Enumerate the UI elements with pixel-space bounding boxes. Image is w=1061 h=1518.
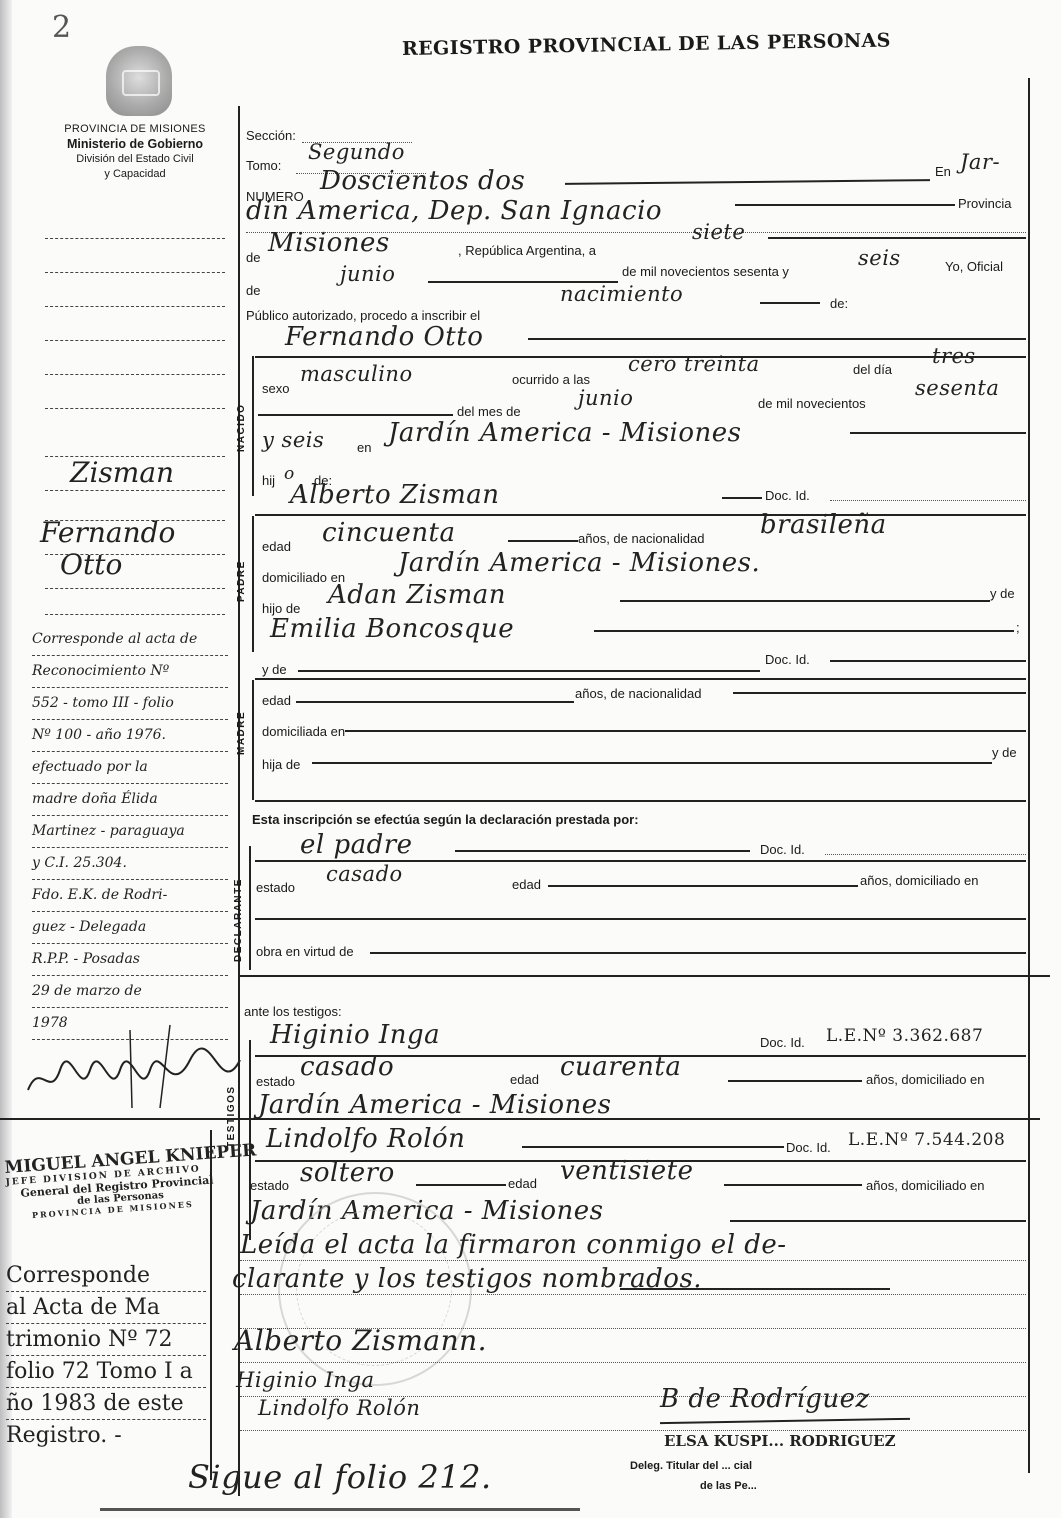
declarante-dom-label: años, domiciliado en [860,873,979,888]
margin-note1-line: 29 de marzo de [32,976,228,1008]
witness1-dom-value: Jardín America - Misiones [258,1090,611,1120]
official-stamp-sub: de las Pe... [700,1480,757,1492]
witness2-dom-fill [730,1220,1026,1222]
witness2-signature: Lindolfo Rolón [258,1396,420,1420]
year-label: de mil novecientos sesenta y [622,264,789,279]
anio-value2: y seis [262,428,324,452]
margin-rule [45,340,225,341]
closing-line1-dots [240,1260,1026,1261]
provincia-label: Provincia [958,196,1011,211]
official-signature-underline [660,1418,910,1424]
tomo-label: Tomo: [246,158,281,173]
mother-doc-label: Doc. Id. [765,652,810,667]
paternal-grandmother: Emilia Boncosque [270,614,514,644]
nacido-section-label: NACIDO [236,404,247,452]
declarante-intro: Esta inscripción se efectúa según la dec… [252,812,639,827]
birthplace-value: Jardín America - Misiones [388,418,741,448]
witness2-estado-fill [416,1184,506,1186]
hora-value: cero treinta [628,352,760,376]
issuer-division: División del Estado Civil [40,152,230,167]
witness2-dom-label: años, domiciliado en [866,1178,985,1193]
margin-given-name2: Otto [60,548,122,581]
mother-hija-fill [312,762,992,764]
day-value: siete [692,220,745,244]
mother-nac-label: años, de nacionalidad [575,686,702,701]
official-signature: B de Rodríguez [660,1384,870,1414]
hijo-label: hij [262,473,275,488]
dia-value: tres [932,344,976,368]
margin-note2-line: Registro. - [6,1420,206,1451]
witness2-edad-value: ventisiete [560,1156,693,1186]
mother-nac-fill [733,692,1026,694]
mother-y-de-label: y de [992,745,1017,760]
ocurrido-label: ocurrido a las [512,372,590,387]
margin-rule [45,374,225,375]
padre-top-rule [255,514,1026,516]
publico-label: Público autorizado, procedo a inscribir … [246,308,480,323]
margin-given-name1: Fernando [40,516,175,549]
declarante-obra-fill [370,952,1026,954]
issuer-province: PROVINCIA DE MISIONES [40,122,230,137]
declarante-bracket [249,846,251,970]
father-nac-value: brasileña [760,510,887,540]
place-part2: din America, Dep. San Ignacio [246,196,662,226]
father-edad-label: edad [262,539,291,554]
declarante-doc-label: Doc. Id. [760,842,805,857]
semicolon: ; [1016,620,1020,635]
padre-bracket [252,516,254,652]
issuer-block: PROVINCIA DE MISIONES Ministerio de Gobi… [40,122,230,182]
act-type-value: nacimiento [560,282,683,306]
father-y-de-label: y de [990,586,1015,601]
margin-rule [45,306,225,307]
witness1-edad-label: edad [510,1072,539,1087]
witness1-dom-label: años, domiciliado en [866,1072,985,1087]
official-stamp-title: Deleg. Titular del ... cial [630,1460,752,1472]
margin-surname: Zisman [70,456,174,489]
margin-note1-line: madre doña Élida [32,784,228,816]
act-fill-line [760,302,820,304]
mother-doc-fill [830,660,1026,662]
month-value: junio [340,262,395,286]
witness2-edad-label: edad [508,1176,537,1191]
declarante-edad-fill [548,885,858,887]
margin-note2-line: al Acta de Ma [6,1292,206,1324]
day-fill-line [768,237,1026,239]
anio-label: de mil novecientos [758,396,866,411]
paternal-grandfather: Adan Zisman [328,580,506,610]
margin-rule [45,272,225,273]
mother-dom-fill [345,730,1026,732]
de-label: de [246,250,260,265]
witness1-doc-value: L.E.Nº 3.362.687 [826,1026,983,1046]
witness1-name: Higinio Inga [270,1020,440,1050]
witness1-signature: Higinio Inga [236,1368,375,1392]
margin-note-recognition: Corresponde al acta de Reconocimiento Nº… [32,624,228,1040]
child-name-fill-line [528,338,1026,340]
witness2-doc-label: Doc. Id. [786,1140,831,1155]
closing-line2-dots [240,1294,1026,1295]
declarante-estado-value: casado [326,862,403,886]
mother-edad-fill [296,701,574,703]
numero-value: Doscientos dos [320,166,525,196]
closing-line4-dots [240,1362,1026,1363]
declarante-name-fill [455,850,750,852]
father-doc-label: Doc. Id. [765,488,810,503]
witness2-estado-value: soltero [300,1158,395,1188]
margin-note-marriage: Corresponde al Acta de Ma trimonio Nº 72… [6,1260,206,1451]
margin-note1-line: Nº 100 - año 1976. [32,720,228,752]
place-fill-line [735,204,955,206]
margin-note1-line: Martinez - paraguaya [32,816,228,848]
sexo-label: sexo [262,381,289,396]
dia-label: del día [853,362,892,377]
declarante-bottom-rule [240,975,1050,977]
father-name: Alberto Zisman [290,480,500,510]
madre-y-de-label: y de [262,662,287,677]
provincia-value: Misiones [268,228,390,258]
madre-bottom-rule [255,800,1026,802]
grandfather-fill [620,600,990,602]
margin-rule [45,588,225,589]
de2-label: de [246,283,260,298]
margin-note2-line: Corresponde [6,1260,206,1292]
margin-note1-line: Corresponde al acta de [32,624,228,656]
father-nac-label: años, de nacionalidad [578,531,705,546]
witness1-estado-value: casado [300,1052,394,1082]
closing-line6-dots [240,1430,1026,1431]
mes-label: del mes de [457,404,521,419]
margin-rule [45,490,225,491]
numero-fill-line [565,179,930,185]
margin-note2-line: trimonio Nº 72 [6,1324,206,1356]
main-right-border [1028,78,1030,1473]
anio-value1: sesenta [915,376,999,400]
page-number: 2 [52,10,71,45]
provincial-coat-of-arms-icon [106,46,172,116]
mes-fill-line [258,414,453,416]
father-doc-field [830,500,1026,501]
declarante-doc-field [825,854,1026,855]
mother-hija-label: hija de [262,757,300,772]
declarante-edad-label: edad [512,877,541,892]
tomo-value: Segundo [308,140,405,164]
birth-certificate-page: 2 PROVINCIA DE MISIONES Ministerio de Go… [0,0,1061,1518]
sexo-value: masculino [300,362,413,386]
witness2-edad-fill [724,1184,862,1186]
closing-line2-fill [620,1288,890,1290]
testigos-intro: ante los testigos: [244,1004,342,1019]
oficial-label: Yo, Oficial [945,259,1003,274]
document-title: REGISTRO PROVINCIAL DE LAS PERSONAS [402,29,891,60]
father-edad-value: cincuenta [322,518,456,548]
mes-value: junio [578,386,633,410]
seccion-label: Sección: [246,128,296,143]
margin-note1-line: R.P.P. - Posadas [32,944,228,976]
madre-section-label: MADRE [236,711,247,755]
issuer-capacity: y Capacidad [40,167,230,182]
closing-line1: Leída el acta la firmaron conmigo el de- [240,1230,787,1260]
margin-note1-line: Reconocimiento Nº [32,656,228,688]
margin-note1-line: 552 - tomo III - folio [32,688,228,720]
declarante-name: el padre [300,830,413,860]
issuer-ministry: Ministerio de Gobierno [40,137,230,152]
margin-signature-scribble [20,1020,250,1110]
en-label: en [357,440,371,455]
child-name: Fernando Otto [285,322,483,352]
witness1-edad-value: cuarenta [560,1052,681,1082]
witness2-doc-value: L.E.Nº 7.544.208 [848,1130,1005,1150]
mother-dom-label: domiciliada en [262,724,345,739]
madre-bracket [252,680,254,800]
mother-name-fill [298,670,760,672]
father-signature: Alberto Zismann. [234,1324,487,1357]
margin-rule [45,614,225,615]
place-part1: Jar- [960,150,1000,174]
margin-note1-line: guez - Delegada [32,912,228,944]
margin-note1-line: efectuado por la [32,752,228,784]
margin-note2-line: folio 72 Tomo I a [6,1356,206,1388]
margin-note1-line: Fdo. E.K. de Rodri- [32,880,228,912]
archive-chief-stamp: MIGUEL ANGEL KNIEPER JEFE DIVISION DE AR… [4,1142,238,1222]
birthplace-fill-line [850,432,1026,434]
padre-section-label: PADRE [236,560,247,602]
mother-edad-label: edad [262,693,291,708]
father-name-fill-line [722,497,762,499]
page-bottom-edge [100,1508,580,1511]
margin-rule [45,238,225,239]
grandmother-fill [594,630,1014,632]
declarante-section-label: DECLARANTE [233,878,244,962]
margin-note2-line: ño 1983 de este [6,1388,206,1420]
margin-note1-line: y C.I. 25.304. [32,848,228,880]
margin-section-rule [0,1118,238,1120]
year-value: seis [858,246,901,270]
witness2-name-fill [522,1146,784,1148]
continuation-note: Sigue al folio 212. [188,1458,492,1496]
en-label: En [935,164,951,179]
declarante-obra-label: obra en virtud de [256,944,354,959]
nacido-bracket [252,356,254,496]
witness1-estado-label: estado [256,1074,295,1089]
declarante-estado-label: estado [256,880,295,895]
republica-label: , República Argentina, a [458,243,596,258]
father-edad-fill [508,540,578,542]
official-stamp-name: ELSA KUSPI... RODRIGUEZ [664,1432,896,1450]
declarante-dom-fill [255,918,1026,920]
witness1-doc-label: Doc. Id. [760,1035,805,1050]
witness1-edad-fill [728,1080,862,1082]
witness2-name: Lindolfo Rolón [266,1124,465,1154]
madre-top-rule [255,678,1026,680]
father-dom-value: Jardín America - Misiones. [398,548,760,578]
de-colon-label: de: [830,296,848,311]
margin-rule [45,408,225,409]
